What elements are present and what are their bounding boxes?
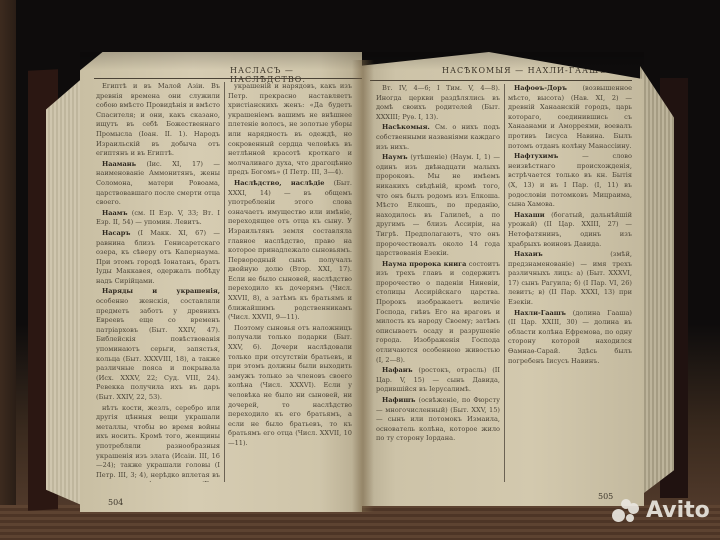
page-stack-right [640,66,674,496]
headword: Нахаши [514,211,545,219]
page-number-left: 504 [108,498,123,507]
headword: Насѣкомыя. [382,123,430,131]
headword: Наамъ [102,209,128,217]
wood-edge-left [0,0,16,540]
entry: Нафоѳъ-Доръ (возвышенное мѣсто, высота) … [508,84,632,151]
entry: Нахли-Гаашъ (долина Гааша) (II Цар. XXII… [508,309,632,367]
headword: Нафтухимъ [514,152,558,160]
headword: Нафишъ [382,396,415,404]
entry: Нафишъ (освѣженіе, по Фюрсту — многочисл… [376,396,500,444]
entry: Наслѣдство, наслѣдіе (Быт. XXXI, 14) — в… [228,179,352,323]
headword: Нафоѳъ-Доръ [514,84,567,92]
entry: Наряды и украшенія, особенно женскія, со… [96,287,220,402]
column-rule [224,82,225,482]
headword: Наамань [102,160,136,168]
entry: Насаръ (I Макк. XI, 67) — равнина близъ … [96,229,220,287]
entry: украшеній и нарядовъ, какъ изъ Петр. пре… [228,82,352,178]
entry: Нафтухимъ — слово неизвѣстнаго происхожд… [508,152,632,210]
right-page-column-1: Вт. IV, 4—6; I Тим. V, 4—8). Иногда церк… [376,84,500,482]
headword: Наума пророка книга [382,260,466,268]
right-page: НАСѢКОМЫЯ — НАХЛИ-ГААШЪ. Вт. IV, 4—6; I … [362,52,644,506]
headword: Наумъ [382,153,408,161]
headword: Насаръ [102,229,130,237]
header-rule [94,78,362,79]
book-gutter [352,60,374,512]
left-page: НАСЛАСЪ — НАСЛѢДСТВО. Египтѣ и въ Малой … [80,52,362,512]
entry: Наума пророка книга состоитъ изъ трехъ г… [376,260,500,366]
avito-brand-text: Avito [646,498,710,523]
headword: Нафанъ [382,366,413,374]
entry: Нахаши (богатый, дальнѣйшій урожай) (II … [508,211,632,249]
entry: Наамань (Іис. XI, 17) — наименованіе Амм… [96,160,220,208]
page-shadow [80,52,644,70]
headword: Наряды и украшенія, [102,287,220,295]
entry: нѣтъ кости, жезлъ, серебро или другія цѣ… [96,404,220,482]
entry: Поэтому сыновья отъ наложницъ получали т… [228,324,352,449]
avito-watermark: Avito [612,498,710,523]
headword: Наслѣдство, наслѣдіе [234,179,324,187]
entry: Наумъ (утѣшеніе) (Наум. I, 1) — одинъ из… [376,153,500,259]
entry: Египтѣ и въ Малой Азіи. Въ древнія време… [96,82,220,159]
left-page-column-1: Египтѣ и въ Малой Азіи. Въ древнія време… [96,82,220,482]
entry: Вт. IV, 4—6; I Тим. V, 4—8). Иногда церк… [376,84,500,122]
headword: Нахаиъ [514,250,543,258]
entry: Нахаиъ (змѣй, предзнаменованіе) — имя тр… [508,250,632,308]
page-number-right: 505 [598,492,613,501]
header-rule [370,80,632,81]
entry: Насѣкомыя. См. о нихъ подъ собственными … [376,123,500,152]
left-page-column-2: украшеній и нарядовъ, какъ изъ Петр. пре… [228,82,352,482]
column-rule [504,84,505,482]
entry: Нафанъ (ростокъ, отрасль) (II Цар. V, 15… [376,366,500,395]
avito-dots-icon [612,499,642,523]
entry: Наамъ (см. II Езр. V, 33; Вт. I Езр. II,… [96,209,220,228]
right-page-column-2: Нафоѳъ-Доръ (возвышенное мѣсто, высота) … [508,84,632,482]
headword: Нахли-Гаашъ [514,309,566,317]
